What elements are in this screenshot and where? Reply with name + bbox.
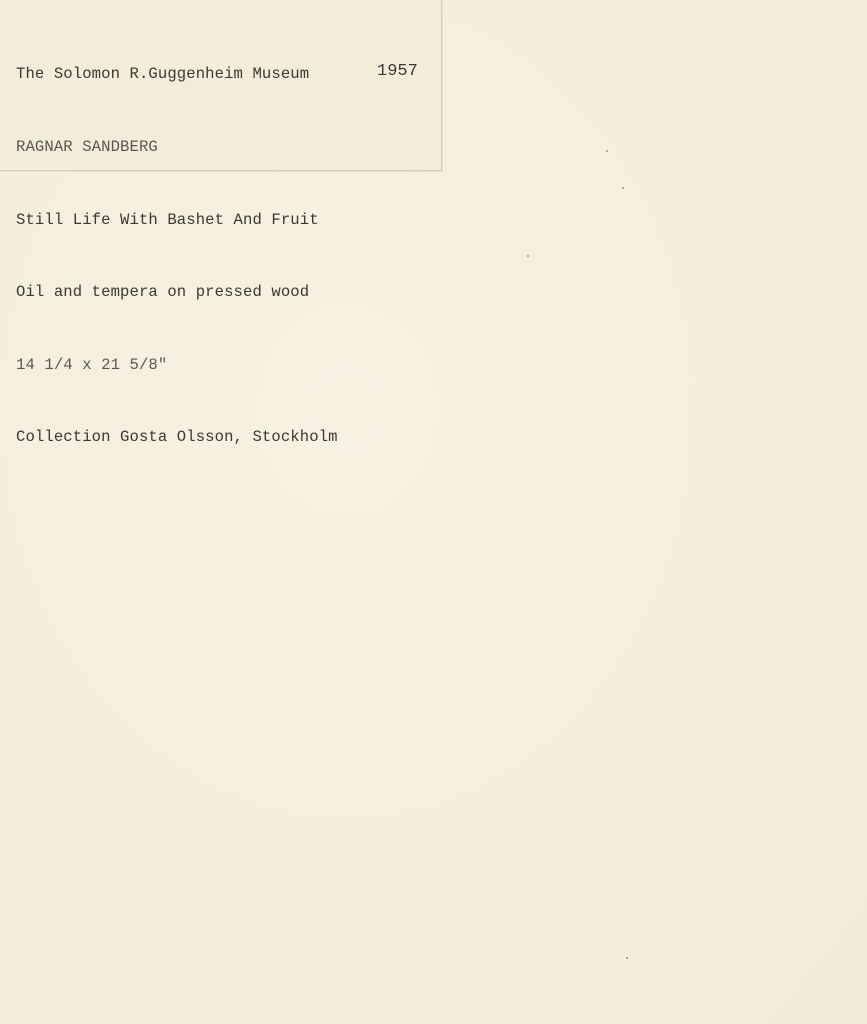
title-line: Still Life With Bashet And Fruit [16, 208, 338, 232]
paper-speck [527, 255, 529, 257]
paper-speck [626, 957, 628, 959]
paper-speck [622, 187, 624, 189]
medium-line: Oil and tempera on pressed wood [16, 280, 338, 304]
label-text: The Solomon R.Guggenheim Museum RAGNAR S… [16, 14, 338, 498]
artist-line: RAGNAR SANDBERG [16, 135, 338, 159]
dimensions-line: 14 1/4 x 21 5/8" [16, 353, 338, 377]
collection-line: Collection Gosta Olsson, Stockholm [16, 425, 338, 449]
institution-line: The Solomon R.Guggenheim Museum [16, 62, 338, 86]
paper-speck [606, 150, 608, 152]
typed-label: The Solomon R.Guggenheim Museum RAGNAR S… [0, 0, 442, 171]
year: 1957 [377, 62, 418, 81]
